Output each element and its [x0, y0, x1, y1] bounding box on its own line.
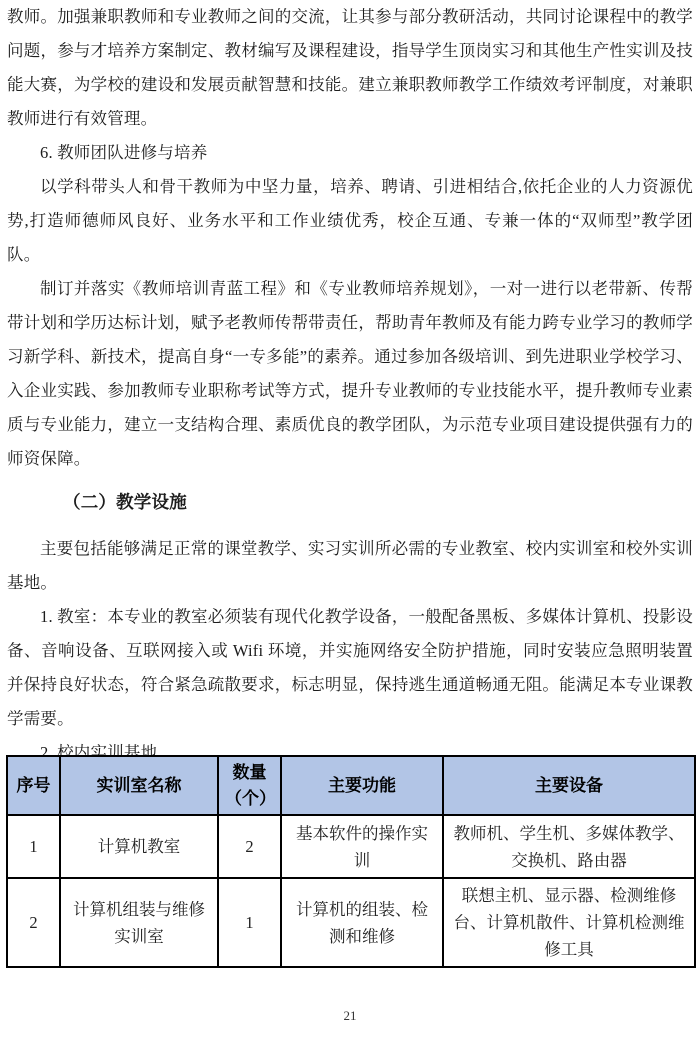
cell-serial-number: 2	[7, 878, 60, 967]
cell-room-name: 计算机教室	[60, 815, 218, 878]
table-row: 2 计算机组装与维修实训室 1 计算机的组装、检测和维修 联想主机、显示器、检测…	[7, 878, 695, 967]
header-serial-number: 序号	[7, 756, 60, 815]
header-main-equipment: 主要设备	[443, 756, 695, 815]
cell-quantity: 2	[218, 815, 281, 878]
cell-main-equipment: 教师机、学生机、多媒体教学、交换机、路由器	[443, 815, 695, 878]
body-paragraph: 以学科带头人和骨干教师为中坚力量，培养、聘请、引进相结合,依托企业的人力资源优势…	[7, 170, 693, 272]
document-page: 教师。加强兼职教师和专业教师之间的交流，让其参与部分教研活动，共同讨论课程中的教…	[0, 0, 700, 1038]
training-rooms-table: 序号 实训室名称 数量 （个） 主要功能 主要设备 1 计算机教室 2 基本软件…	[6, 755, 696, 968]
body-paragraph-continuation: 教师。加强兼职教师和专业教师之间的交流，让其参与部分教研活动，共同讨论课程中的教…	[7, 0, 693, 136]
page-body-text: 教师。加强兼职教师和专业教师之间的交流，让其参与部分教研活动，共同讨论课程中的教…	[7, 0, 693, 770]
cell-room-name: 计算机组装与维修实训室	[60, 878, 218, 967]
table-header-row: 序号 实训室名称 数量 （个） 主要功能 主要设备	[7, 756, 695, 815]
numbered-subheading-6: 6. 教师团队进修与培养	[7, 136, 693, 170]
section-heading-teaching-facilities: （二）教学设施	[7, 485, 693, 519]
body-paragraph: 主要包括能够满足正常的课堂教学、实习实训所必需的专业教室、校内实训室和校外实训基…	[7, 532, 693, 600]
header-room-name: 实训室名称	[60, 756, 218, 815]
numbered-item-classroom: 1. 教室：本专业的教室必须装有现代化教学设备，一般配备黑板、多媒体计算机、投影…	[7, 600, 693, 736]
cell-quantity: 1	[218, 878, 281, 967]
table-row: 1 计算机教室 2 基本软件的操作实训 教师机、学生机、多媒体教学、交换机、路由…	[7, 815, 695, 878]
page-number: 21	[0, 1008, 700, 1024]
cell-main-function: 基本软件的操作实训	[281, 815, 443, 878]
header-main-function: 主要功能	[281, 756, 443, 815]
cell-main-equipment: 联想主机、显示器、检测维修台、计算机散件、计算机检测维修工具	[443, 878, 695, 967]
body-paragraph: 制订并落实《教师培训青蓝工程》和《专业教师培养规划》，一对一进行以老带新、传帮带…	[7, 272, 693, 476]
header-quantity: 数量 （个）	[218, 756, 281, 815]
cell-main-function: 计算机的组装、检测和维修	[281, 878, 443, 967]
cell-serial-number: 1	[7, 815, 60, 878]
